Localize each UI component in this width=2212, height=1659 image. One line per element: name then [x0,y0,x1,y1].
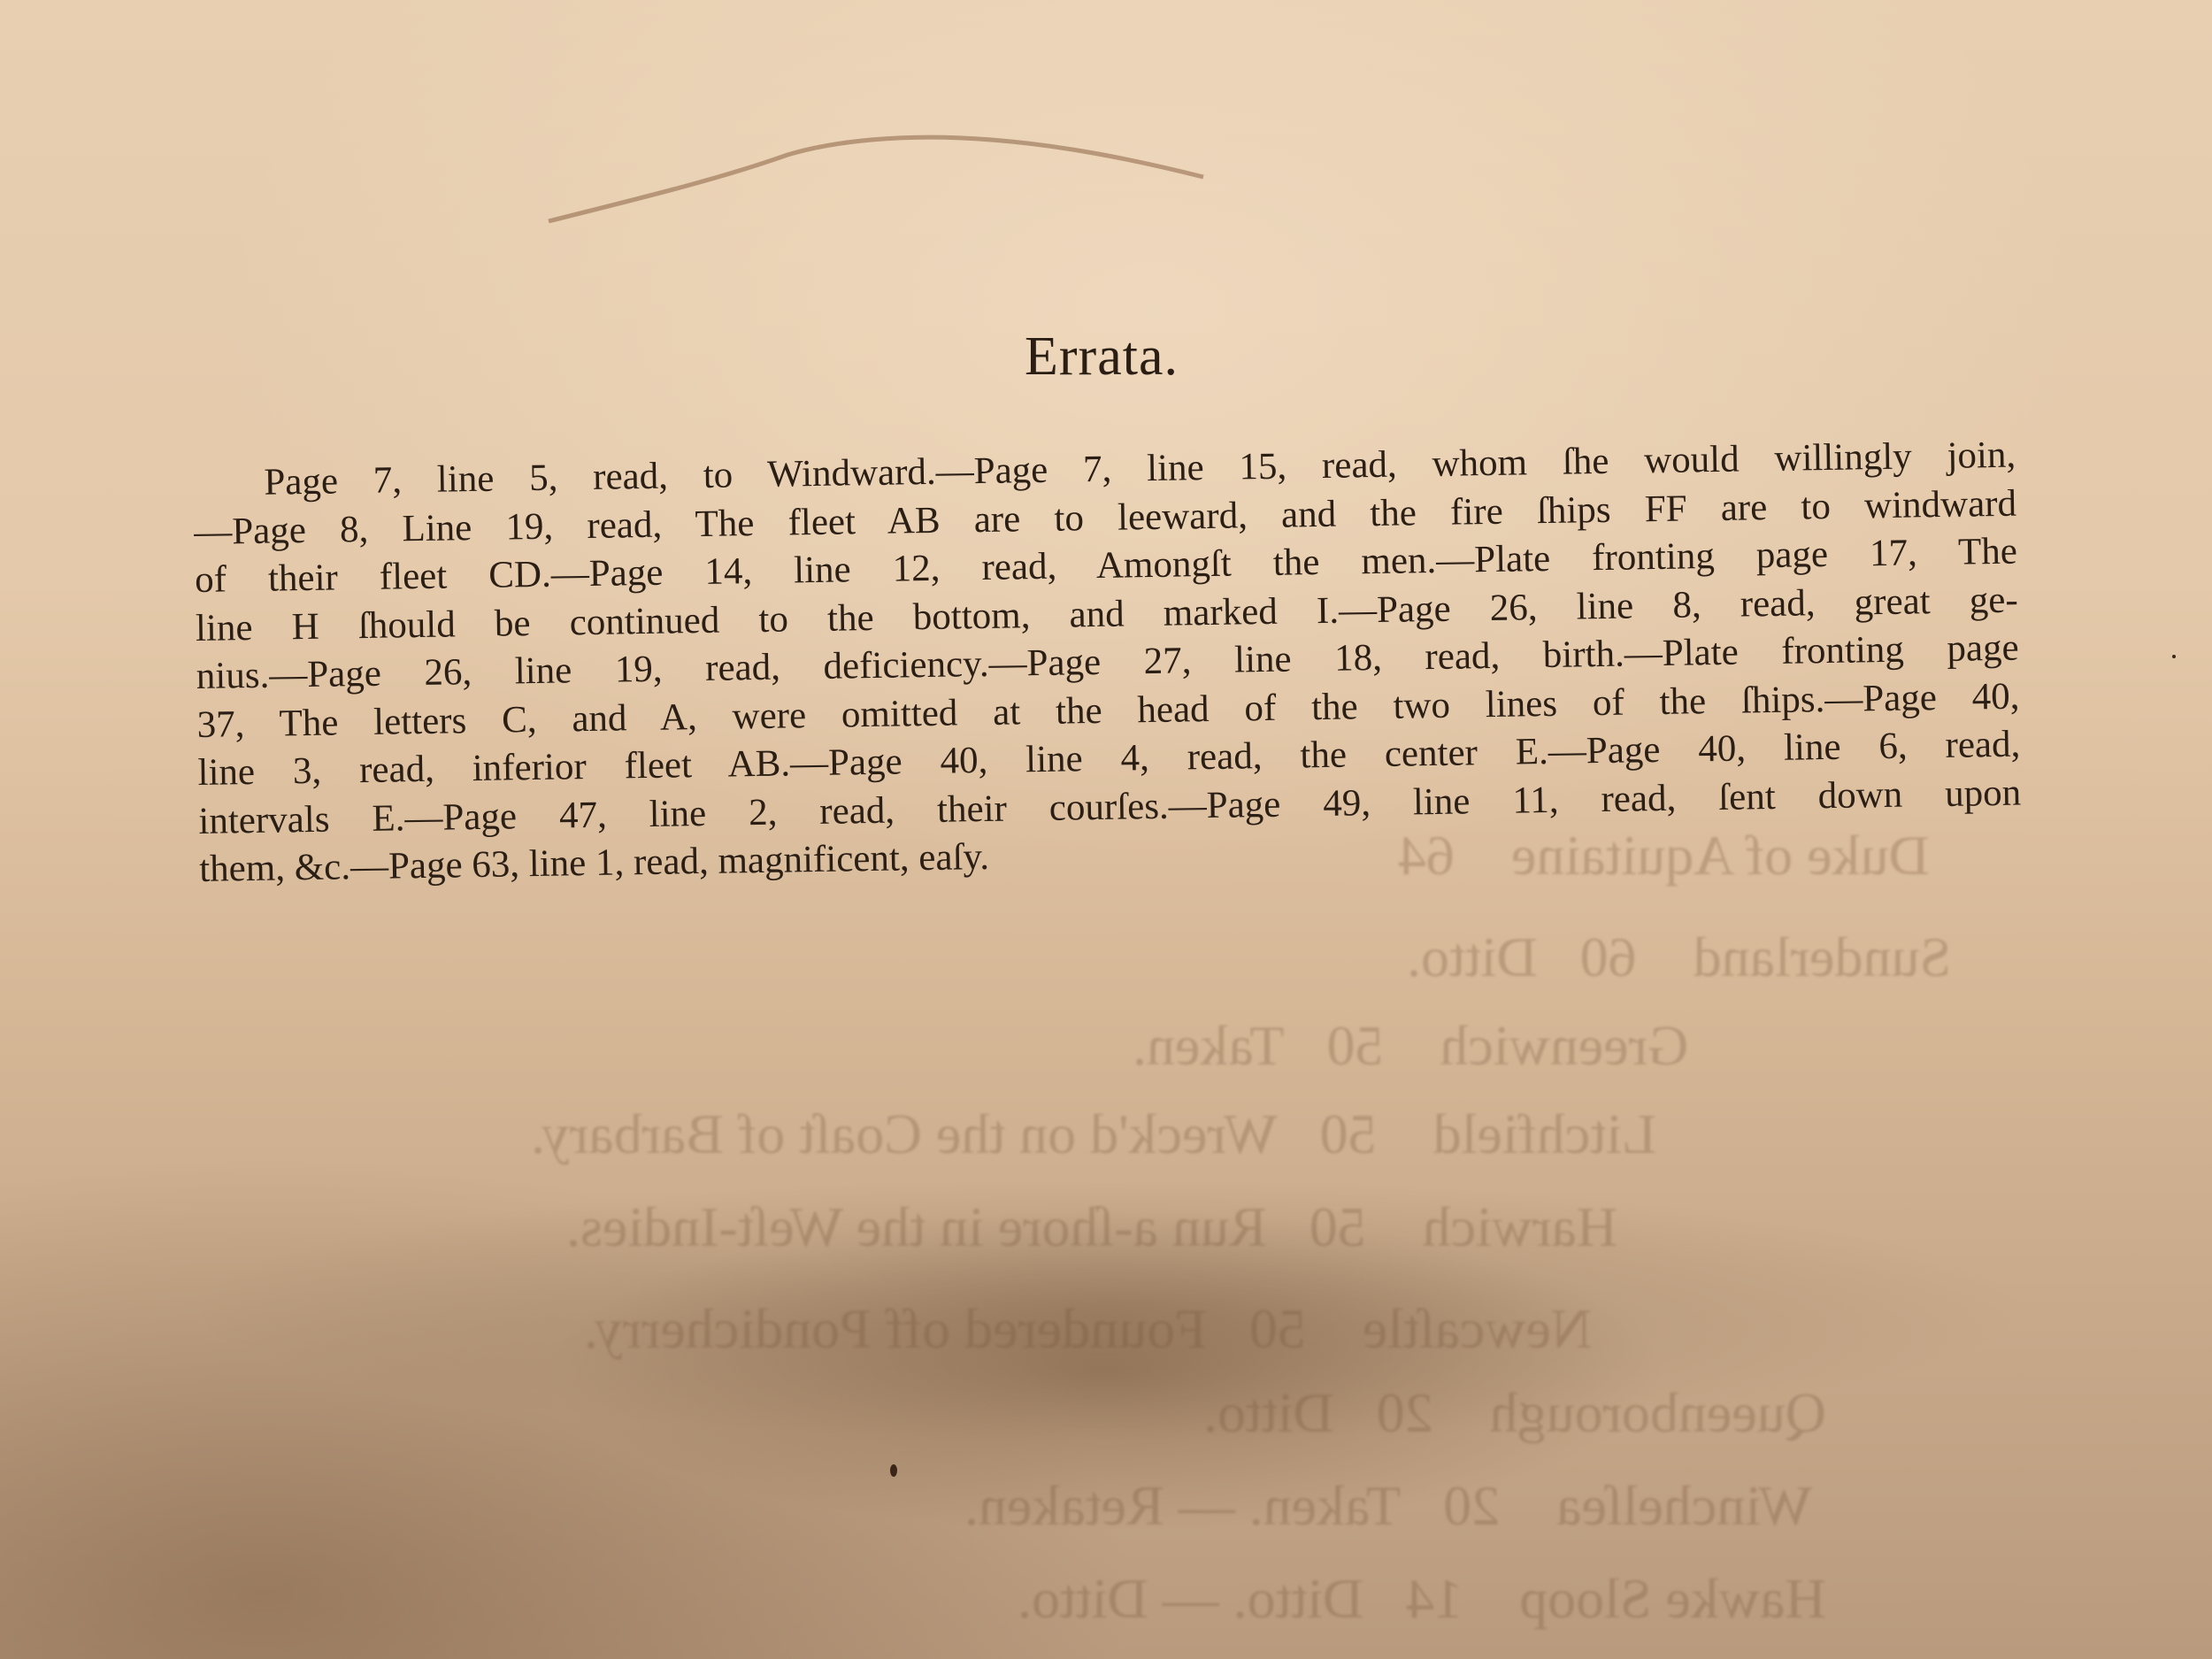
show-through-fate: Taken. [1133,1014,1284,1077]
show-through-guns: 50 [1326,1014,1383,1077]
show-through-fate: Ditto. [1203,1381,1334,1444]
errata-heading: Errata. [1025,326,1179,387]
show-through-ship-name: Queenborough [1490,1381,1826,1444]
show-through-fate: Ditto. [1407,926,1538,988]
show-through-guns: 20 [1377,1381,1433,1444]
show-through-row: Queenborough 20 Ditto. [1203,1380,1826,1446]
show-through-fate: Foundered off Pondicherry. [584,1297,1207,1360]
show-through-row: Litchfield 50 Wreck'd on the Coaſt of Ba… [531,1102,1656,1167]
paper-crease [495,124,1469,230]
show-through-ship-name: Litchfield [1433,1102,1656,1165]
show-through-fate: Taken. — Retaken. [964,1474,1401,1537]
show-through-row: Winchelſea 20 Taken. — Retaken. [964,1473,1812,1539]
show-through-fate: Ditto. — Ditto. [1018,1567,1363,1630]
show-through-row: Harwich 50 Run a-ſhore in the Weſt-Indie… [566,1194,1617,1260]
show-through-ship-name: Winchelſea [1556,1474,1812,1537]
show-through-guns: 20 [1443,1474,1500,1537]
show-through-ship-name: Harwich [1423,1195,1617,1258]
show-through-fate: Wreck'd on the Coaſt of Barbary. [531,1102,1278,1165]
show-through-row: Hawke Sloop 14 Ditto. — Ditto. [1018,1566,1826,1632]
paper-speck [890,1464,897,1477]
book-page-photo: Duke of Aquitaine 64 Sunderland 60 Ditto… [0,0,2212,1659]
errata-paragraph: Page 7, line 5, read, to Windward.—Page … [193,432,2022,895]
paper-speck [2172,655,2176,658]
show-through-guns: 50 [1320,1102,1377,1165]
page-title: Errata. [0,326,2212,388]
show-through-row: Sunderland 60 Ditto. [1407,925,1951,990]
show-through-ship-name: Greenwich [1440,1014,1688,1077]
show-through-row: Greenwich 50 Taken. [1133,1013,1688,1079]
show-through-guns: 50 [1310,1195,1366,1258]
show-through-fate: Run a-ſhore in the Weſt-Indies. [566,1195,1267,1258]
show-through-ship-name: Sunderland [1694,926,1952,988]
show-through-ship-name: Hawke Sloop [1519,1567,1826,1630]
show-through-guns: 50 [1249,1297,1306,1360]
show-through-row: Newcaſtle 50 Foundered off Pondicherry. [584,1296,1592,1362]
show-through-guns: 14 [1406,1567,1463,1630]
show-through-guns: 60 [1580,926,1637,988]
show-through-ship-name: Newcaſtle [1363,1297,1592,1360]
